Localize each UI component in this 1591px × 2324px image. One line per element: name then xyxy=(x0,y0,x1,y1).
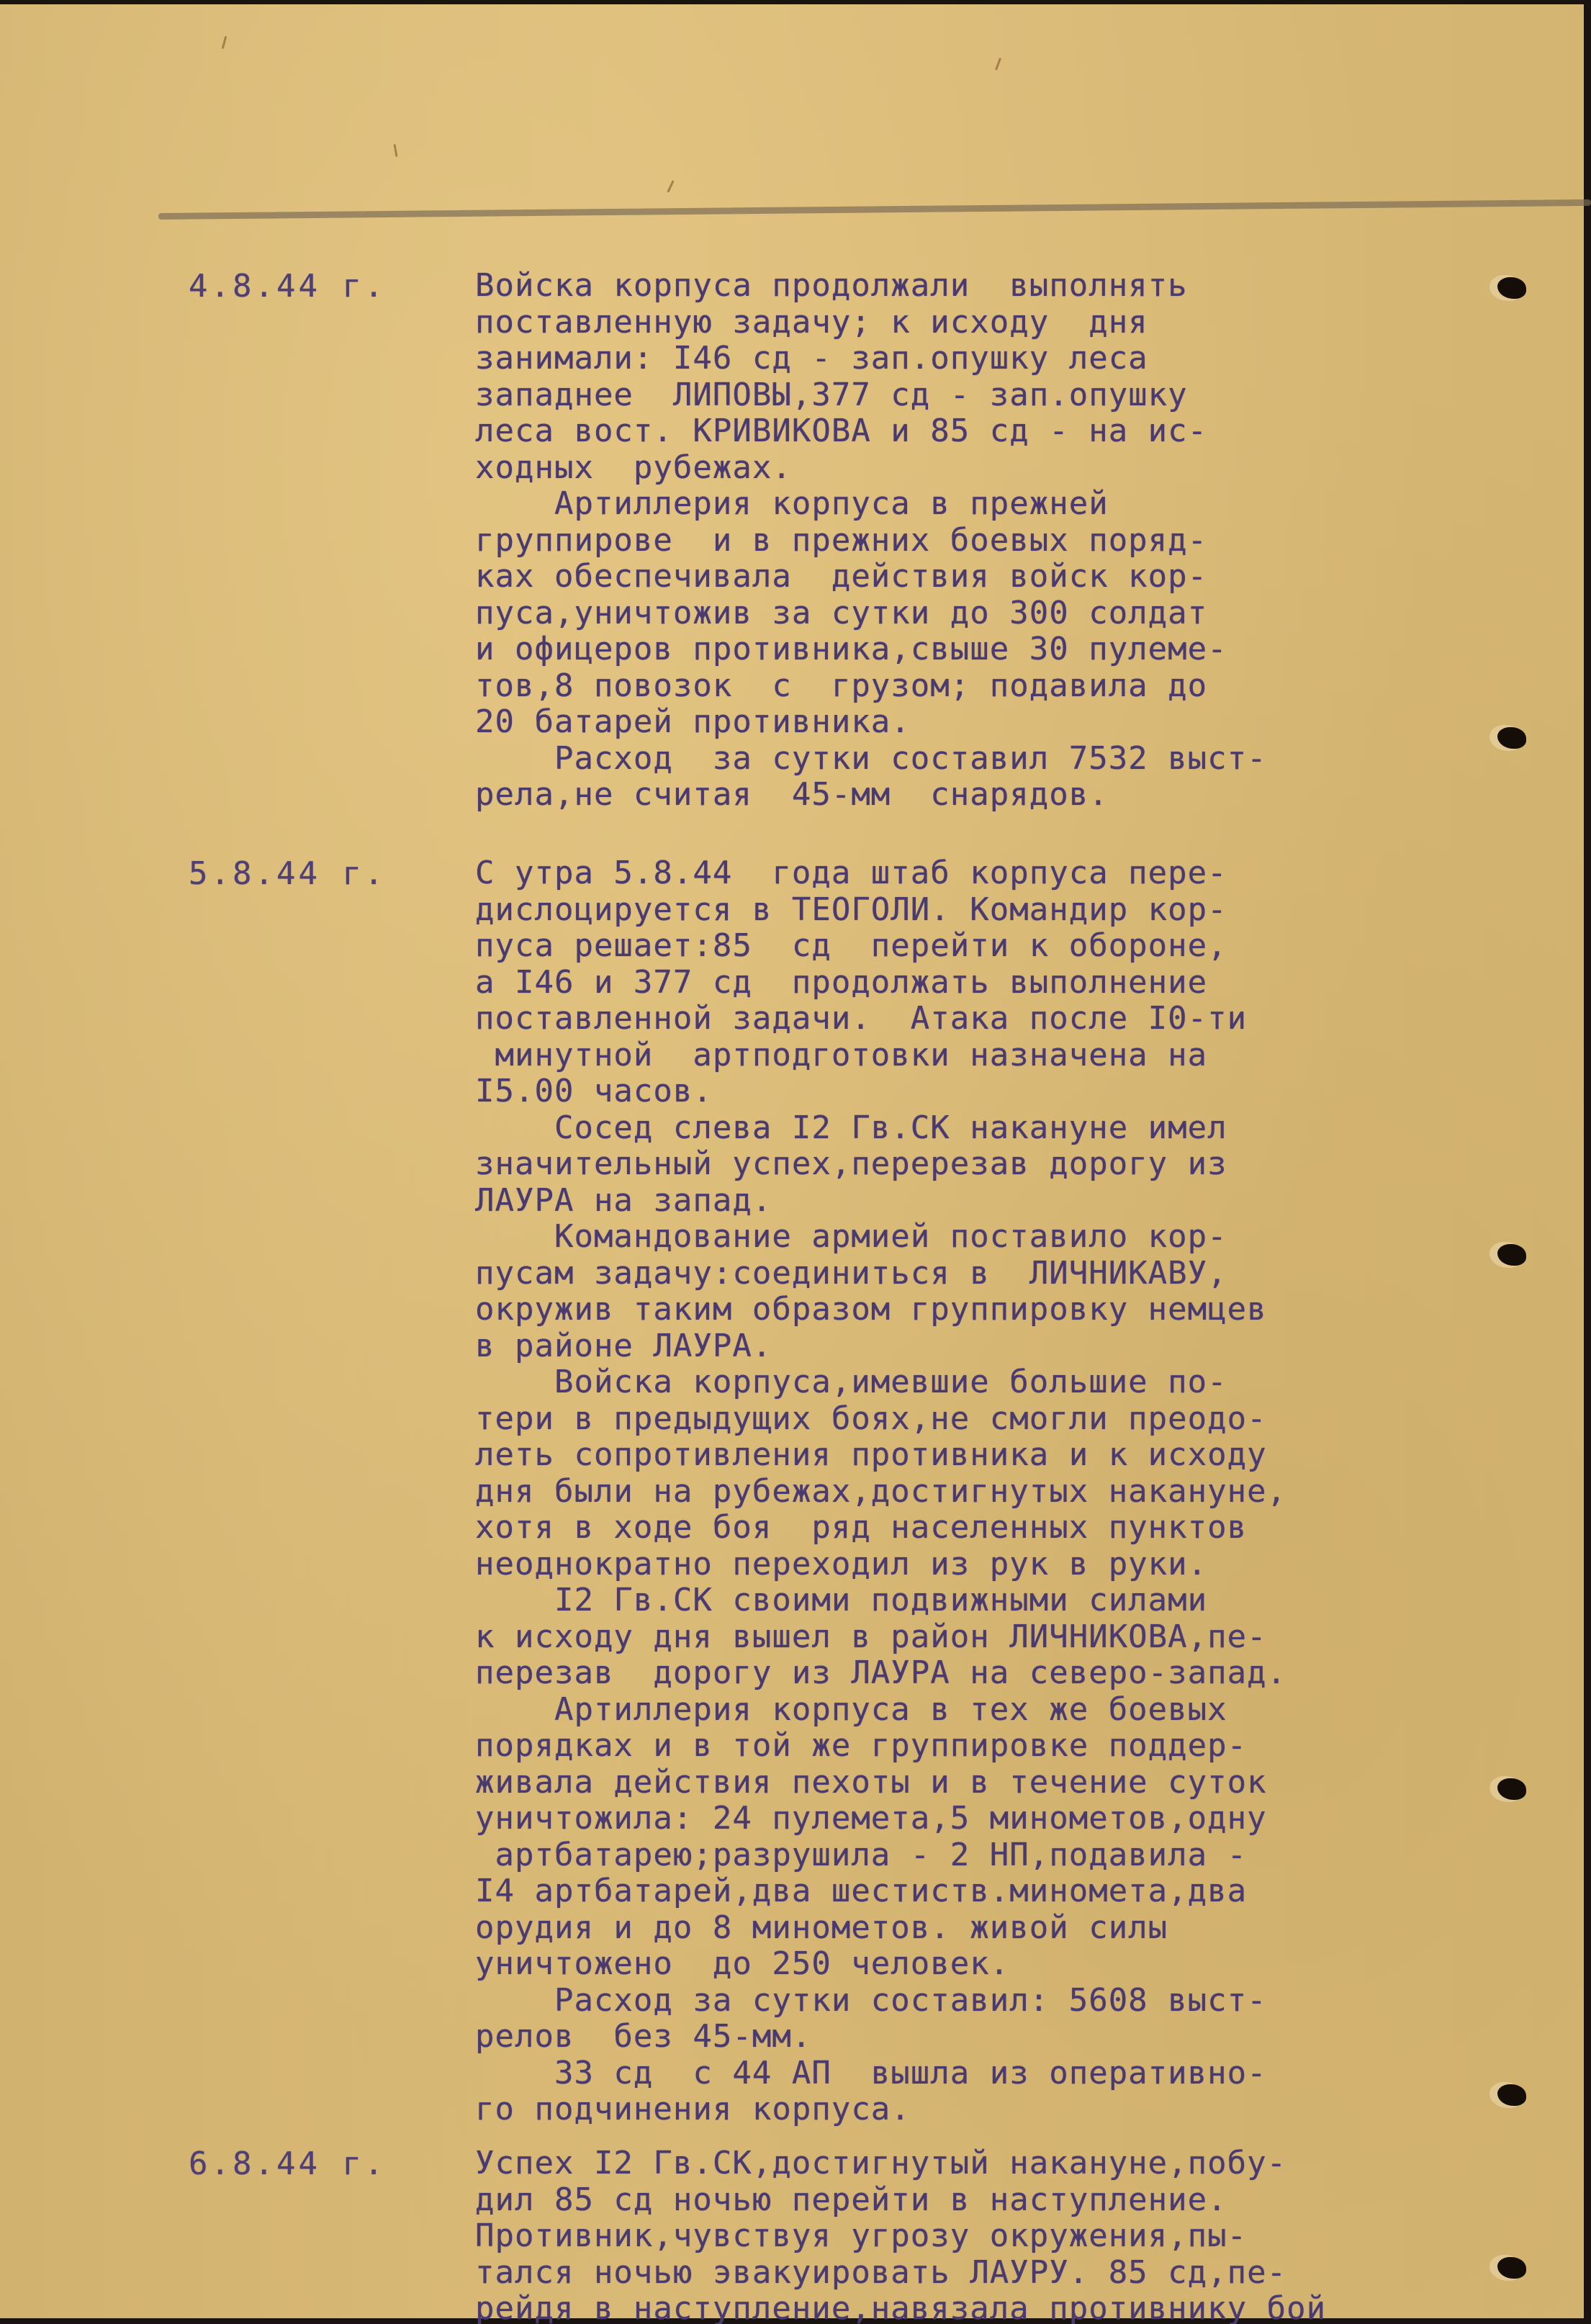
text-line: 20 батарей противника. xyxy=(475,704,1469,741)
text-line: тов,8 повозок с грузом; подавила до xyxy=(475,668,1469,705)
entry-body: Успех I2 Гв.СК,достигнутый накануне,побу… xyxy=(475,2145,1469,2324)
text-line: перезав дорогу из ЛАУРА на северо-запад. xyxy=(475,1655,1469,1692)
text-line: ходных рубежах. xyxy=(475,450,1469,487)
text-line: 33 сд с 44 АП вышла из оперативно- xyxy=(475,2055,1469,2092)
text-line: Командование армией поставило кор- xyxy=(475,1219,1469,1256)
punch-hole-icon xyxy=(1497,1778,1526,1800)
text-line: I5.00 часов. xyxy=(475,1073,1469,1110)
text-line: в районе ЛАУРА. xyxy=(475,1328,1469,1365)
text-line: ЛАУРА на запад. xyxy=(475,1183,1469,1220)
paper-fiber xyxy=(222,36,227,49)
text-line: живала действия пехоты и в течение суток xyxy=(475,1765,1469,1801)
text-line: пуса решает:85 сд перейти к обороне, xyxy=(475,928,1469,965)
punch-hole-icon xyxy=(1497,2257,1526,2279)
text-line: дня были на рубежах,достигнутых накануне… xyxy=(475,1474,1469,1510)
text-line: С утра 5.8.44 года штаб корпуса пере- xyxy=(475,855,1469,892)
text-line: рела,не считая 45-мм снарядов. xyxy=(475,777,1469,814)
text-line: пуса,уничтожив за сутки до 300 солдат xyxy=(475,595,1469,632)
text-line: тался ночью эвакуировать ЛАУРУ. 85 сд,пе… xyxy=(475,2255,1469,2292)
text-line: рейдя в наступление,навязала противнику … xyxy=(475,2291,1469,2324)
text-line: Войска корпуса,имевшие большие по- xyxy=(475,1364,1469,1401)
text-line: дислоцируется в ТЕОГОЛИ. Командир кор- xyxy=(475,892,1469,929)
header-rule-line xyxy=(158,199,1591,220)
paper-fiber xyxy=(995,58,1001,71)
text-line: западнее ЛИПОВЫ,377 сд - зап.опушку xyxy=(475,377,1469,414)
text-line: Сосед слева I2 Гв.СК накануне имел xyxy=(475,1110,1469,1147)
text-line: леса вост. КРИВИКОВА и 85 сд - на ис- xyxy=(475,413,1469,450)
text-line: а I46 и 377 сд продолжать выполнение xyxy=(475,965,1469,1001)
scan-right-edge xyxy=(1584,0,1591,2324)
text-line: тери в предыдущих боях,не смогли преодо- xyxy=(475,1401,1469,1438)
paper-fiber xyxy=(393,144,397,157)
text-line: го подчинения корпуса. xyxy=(475,2091,1469,2128)
text-line: ках обеспечивала действия войск кор- xyxy=(475,559,1469,595)
punch-hole-icon xyxy=(1497,727,1526,749)
text-line: дил 85 сд ночью перейти в наступление. xyxy=(475,2182,1469,2219)
text-line: уничтожила: 24 пулемета,5 минометов,одну xyxy=(475,1801,1469,1837)
text-line: Расход за сутки составил 7532 выст- xyxy=(475,741,1469,778)
scan-top-edge xyxy=(0,0,1591,4)
text-line: артбатарею;разрушила - 2 НП,подавила - xyxy=(475,1837,1469,1874)
text-line: леть сопротивления противника и к исходу xyxy=(475,1437,1469,1474)
text-line: I2 Гв.СК своими подвижными силами xyxy=(475,1582,1469,1619)
text-line: минутной артподготовки назначена на xyxy=(475,1037,1469,1074)
text-line: неоднократно переходил из рук в руки. xyxy=(475,1546,1469,1583)
text-line: Противник,чувствуя угрозу окружения,пы- xyxy=(475,2218,1469,2255)
text-line: поставленной задачи. Атака после I0-ти xyxy=(475,1001,1469,1037)
text-line: релов без 45-мм. xyxy=(475,2019,1469,2055)
text-line: значительный успех,перерезав дорогу из xyxy=(475,1146,1469,1183)
punch-hole-icon xyxy=(1497,277,1526,299)
text-line: поставленную задачу; к исходу дня xyxy=(475,305,1469,341)
entry-date: 4.8.44 г. xyxy=(189,268,386,305)
entry-body: С утра 5.8.44 года штаб корпуса пере- ди… xyxy=(475,855,1469,2128)
text-line: группирове и в прежних боевых поряд- xyxy=(475,523,1469,559)
text-line: пусам задачу:соединиться в ЛИЧНИКАВУ, xyxy=(475,1256,1469,1292)
text-line: к исходу дня вышел в район ЛИЧНИКОВА,пе- xyxy=(475,1619,1469,1656)
text-line: орудия и до 8 минометов. живой силы xyxy=(475,1910,1469,1947)
text-line: занимали: I46 сд - зап.опушку леса xyxy=(475,341,1469,377)
text-line: и офицеров противника,свыше 30 пулеме- xyxy=(475,631,1469,668)
punch-hole-icon xyxy=(1497,1244,1526,1266)
entry-date: 6.8.44 г. xyxy=(189,2145,386,2182)
text-line: хотя в ходе боя ряд населенных пунктов xyxy=(475,1510,1469,1546)
text-line: Успех I2 Гв.СК,достигнутый накануне,побу… xyxy=(475,2145,1469,2182)
text-line: Войска корпуса продолжали выполнять xyxy=(475,268,1469,305)
text-line: уничтожено до 250 человек. xyxy=(475,1946,1469,1983)
text-line: Артиллерия корпуса в тех же боевых xyxy=(475,1692,1469,1729)
text-line: Расход за сутки составил: 5608 выст- xyxy=(475,1983,1469,2019)
text-line: порядках и в той же группировке поддер- xyxy=(475,1728,1469,1765)
text-line: окружив таким образом группировку немцев xyxy=(475,1292,1469,1328)
punch-hole-icon xyxy=(1497,2084,1526,2106)
text-line: Артиллерия корпуса в прежней xyxy=(475,486,1469,523)
paper-fiber xyxy=(667,180,674,193)
text-line: I4 артбатарей,два шестиств.миномета,два xyxy=(475,1873,1469,1910)
entry-date: 5.8.44 г. xyxy=(189,855,386,892)
entry-body: Войска корпуса продолжали выполнять пост… xyxy=(475,268,1469,814)
